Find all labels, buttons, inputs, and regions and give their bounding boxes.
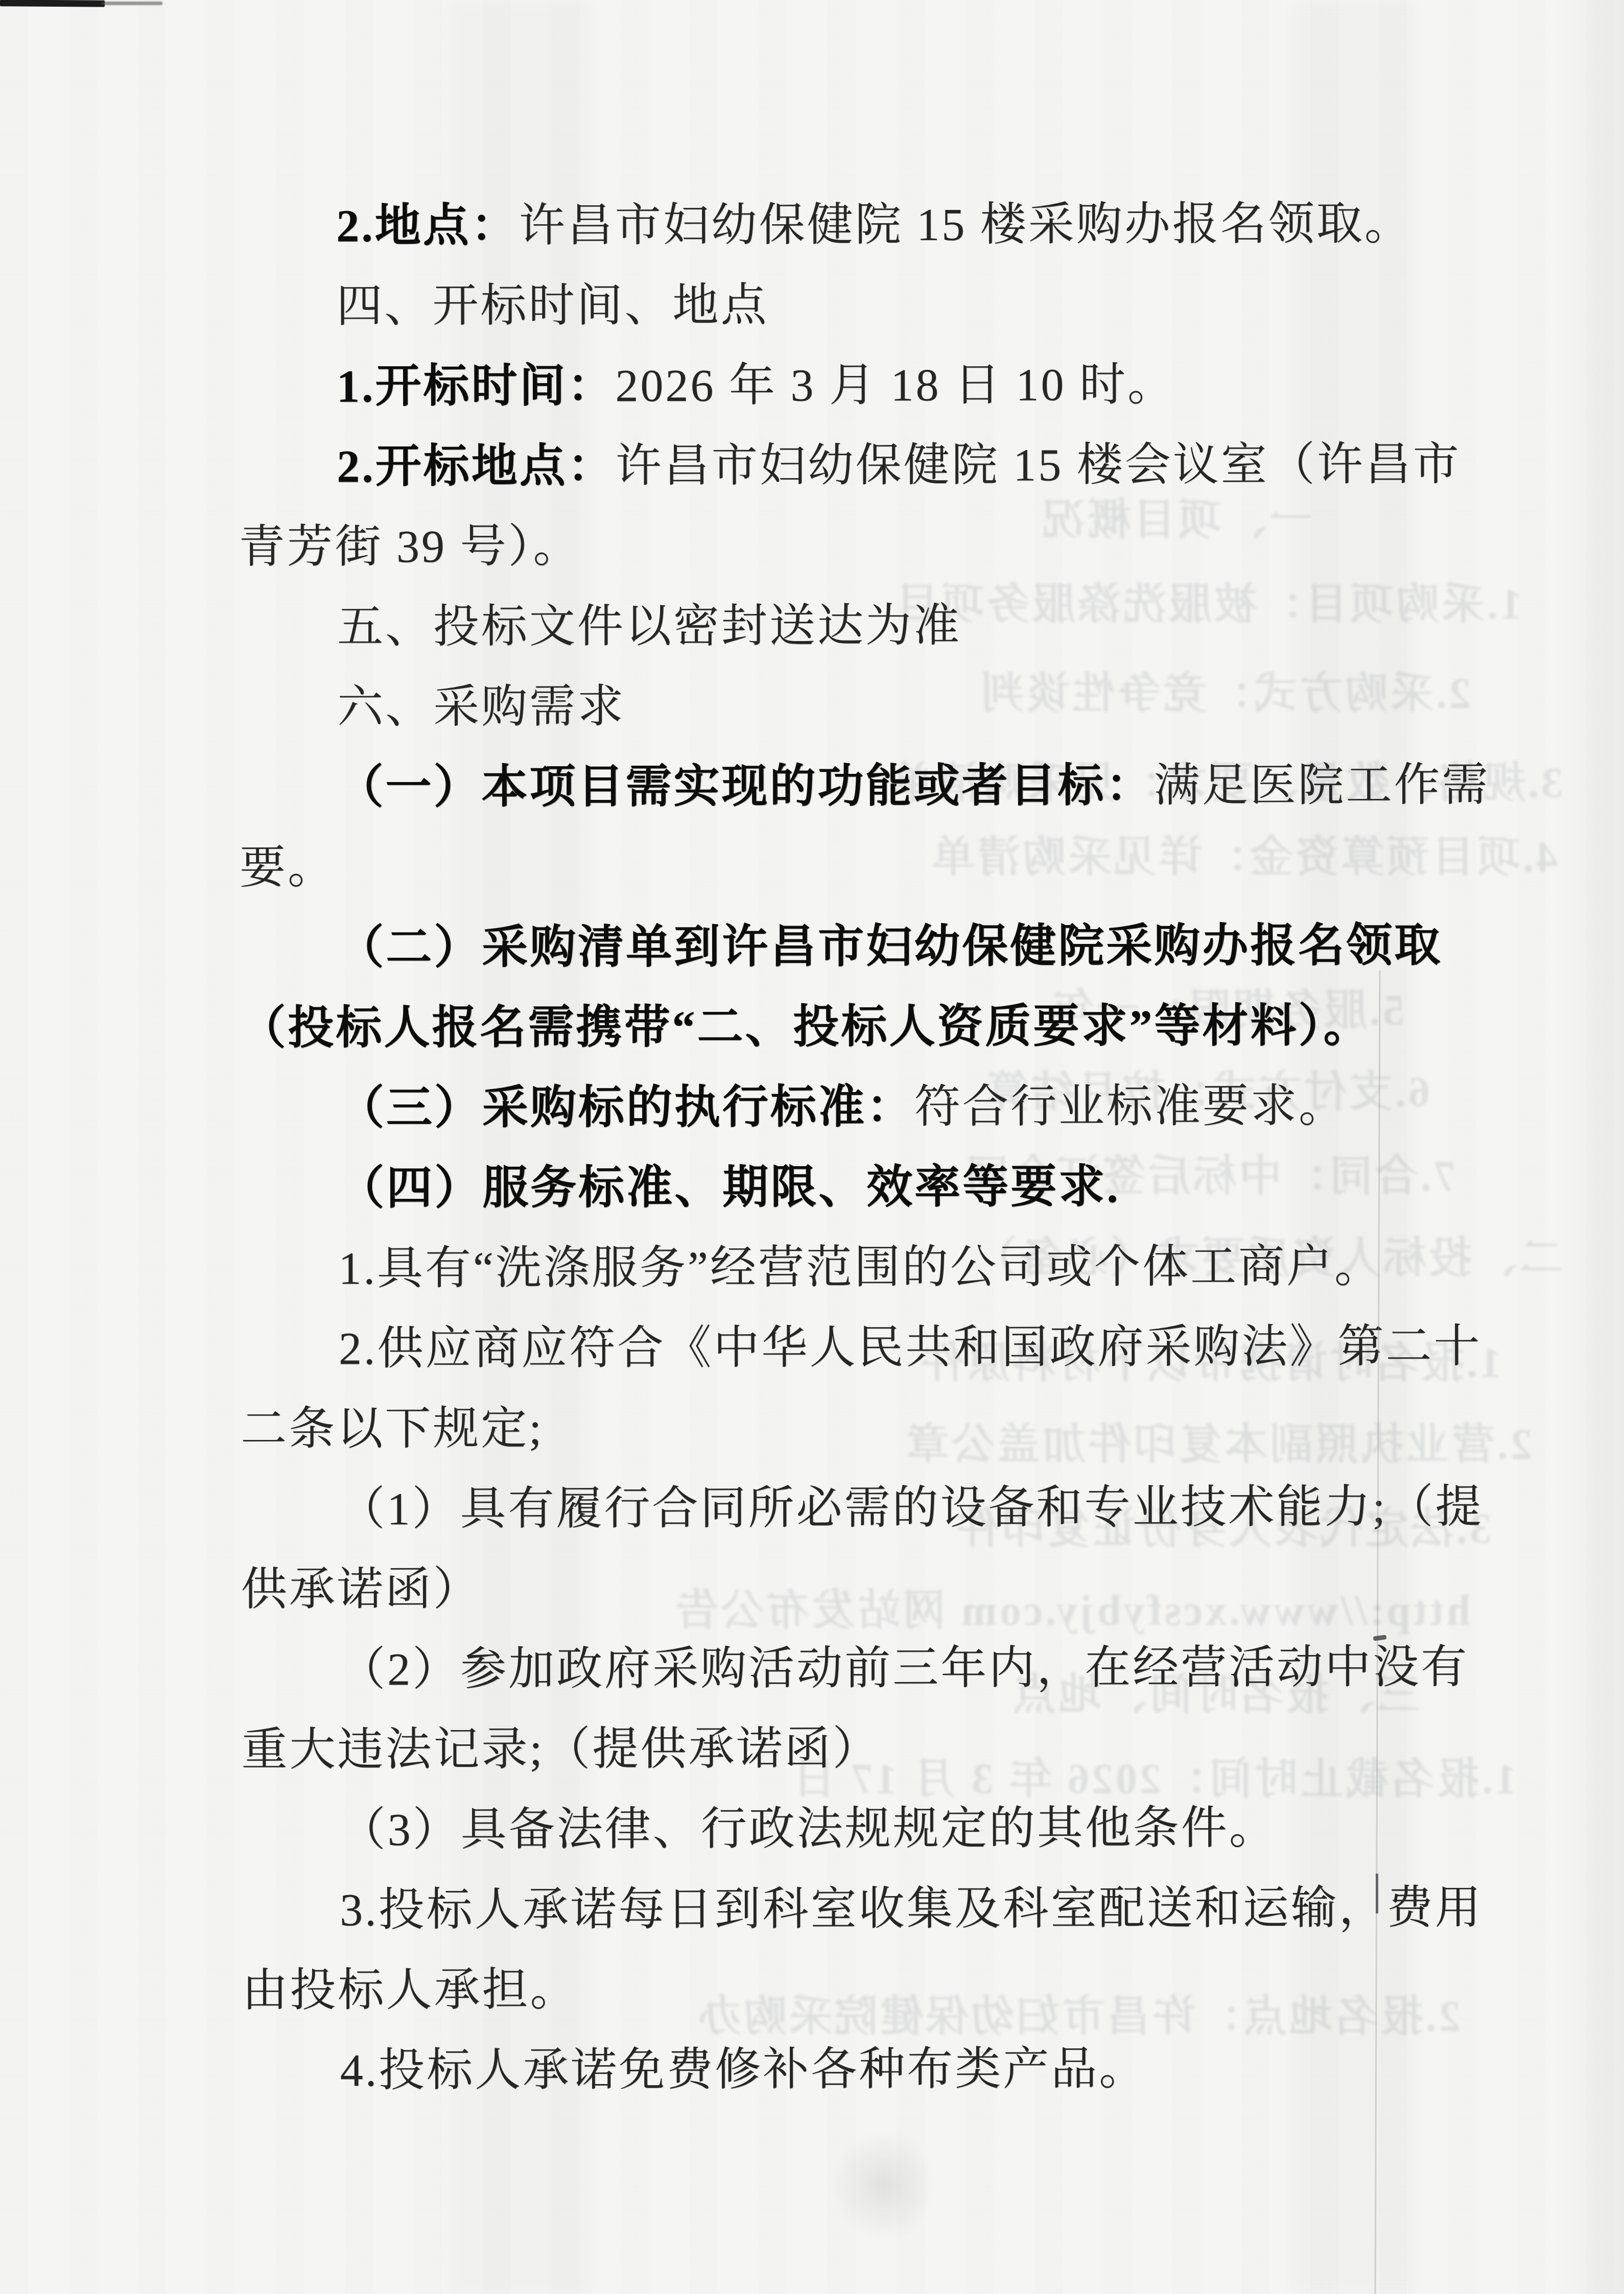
doc-line: 3.投标人承诺每日到科室收集及科室配送和运输，费用 xyxy=(242,1867,1595,1951)
doc-text-segment: （投标人报名需携带“二、投标人资质要求”等材料）。 xyxy=(240,1001,1371,1054)
doc-line: 1.开标时间：2026 年 3 月 18 日 10 时。 xyxy=(239,344,1592,427)
bottom-smudge xyxy=(833,2130,935,2240)
doc-line: 六、采购需求 xyxy=(239,665,1592,748)
doc-line: （1）具有履行合同所必需的设备和专业技术能力;（提 xyxy=(241,1467,1594,1550)
doc-line: 青芳街 39 号）。 xyxy=(239,504,1592,587)
doc-text-segment: （一）本项目需实现的功能或者目标： xyxy=(337,761,1154,813)
doc-line: 2.供应商应符合《中华人民共和国政府采购法》第二十 xyxy=(241,1306,1594,1389)
doc-line: 五、投标文件以密封送达为准 xyxy=(239,584,1592,668)
doc-text-segment: （四）服务标准、期限、效率等要求. xyxy=(338,1162,1120,1214)
doc-text-segment: 满足医院工作需 xyxy=(1154,760,1490,811)
doc-text-segment: 许昌市妇幼保健院 15 楼会议室（许昌市 xyxy=(616,439,1461,491)
doc-text-segment: 2026 年 3 月 18 日 10 时。 xyxy=(615,360,1175,411)
doc-text-segment: 4.投标人承诺免费修补各种布类产品。 xyxy=(340,2044,1147,2096)
doc-line: 2.开标地点：许昌市妇幼保健院 15 楼会议室（许昌市 xyxy=(239,424,1592,507)
doc-text-segment: 供承诺函） xyxy=(241,1564,481,1615)
scan-mark-top-left xyxy=(0,0,105,7)
scanned-document-page: 一、项目概况1.采购项目：被服洗涤服务项目2.采购方式：竞争性谈判3.规格、数量… xyxy=(0,0,1624,2294)
doc-text-segment: 2.开标地点： xyxy=(337,441,616,492)
doc-text-segment: （三）采购标的执行标准： xyxy=(338,1082,914,1133)
doc-line: 四、开标时间、地点 xyxy=(238,264,1591,347)
doc-line: 供承诺函） xyxy=(241,1547,1594,1630)
doc-line: 由投标人承担。 xyxy=(242,1948,1595,2031)
doc-line: 重大违法记录;（提供承诺函） xyxy=(241,1707,1594,1790)
doc-text-segment: 1.具有“洗涤服务”经营范围的公司或个体工商户。 xyxy=(338,1241,1382,1294)
doc-line: 1.具有“洗涤服务”经营范围的公司或个体工商户。 xyxy=(240,1226,1593,1309)
document-body: 2.地点：许昌市妇幼保健院 15 楼采购办报名领取。四、开标时间、地点1.开标时… xyxy=(238,183,1595,2111)
doc-line: 二条以下规定; xyxy=(241,1386,1594,1470)
doc-text-segment: 四、开标时间、地点 xyxy=(336,280,768,332)
doc-line: 要。 xyxy=(240,825,1593,908)
doc-line: （2）参加政府采购活动前三年内，在经营活动中没有 xyxy=(241,1627,1594,1710)
doc-line: 4.投标人承诺免费修补各种布类产品。 xyxy=(242,2028,1595,2111)
doc-text-segment: 重大违法记录;（提供承诺函） xyxy=(241,1723,880,1776)
doc-text-segment: （1）具有履行合同所必需的设备和专业技术能力;（提 xyxy=(339,1482,1483,1535)
doc-text-segment: 青芳街 39 号）。 xyxy=(239,521,581,572)
doc-text-segment: 3.投标人承诺每日到科室收集及科室配送和运输，费用 xyxy=(340,1883,1483,1936)
doc-line: 2.地点：许昌市妇幼保健院 15 楼采购办报名领取。 xyxy=(238,183,1591,267)
doc-text-segment: 许昌市妇幼保健院 15 楼采购办报名领取。 xyxy=(519,199,1413,251)
doc-line: （二）采购清单到许昌市妇幼保健院采购办报名领取 xyxy=(240,905,1593,988)
doc-text-segment: 要。 xyxy=(240,842,336,893)
doc-line: （3）具备法律、行政法规规定的其他条件。 xyxy=(242,1787,1595,1871)
doc-text-segment: 由投标人承担。 xyxy=(242,1965,578,2016)
doc-text-segment: 1.开标时间： xyxy=(337,361,616,412)
doc-text-segment: 二条以下规定; xyxy=(241,1404,544,1455)
doc-text-segment: 2.供应商应符合《中华人民共和国政府采购法》第二十 xyxy=(339,1321,1482,1375)
doc-text-segment: （二）采购清单到许昌市妇幼保健院采购办报名领取 xyxy=(338,920,1442,974)
scan-mark-top-left-tail xyxy=(101,2,162,5)
doc-text-segment: （2）参加政府采购活动前三年内，在经营活动中没有 xyxy=(339,1642,1469,1695)
doc-text-segment: （3）具备法律、行政法规规定的其他条件。 xyxy=(340,1803,1277,1856)
doc-line: （一）本项目需实现的功能或者目标：满足医院工作需 xyxy=(239,745,1592,828)
doc-text-segment: 六、采购需求 xyxy=(337,681,625,732)
doc-text-segment: 符合行业标准要求。 xyxy=(914,1081,1347,1132)
doc-line: （四）服务标准、期限、效率等要求. xyxy=(240,1146,1593,1229)
doc-line: （投标人报名需携带“二、投标人资质要求”等材料）。 xyxy=(240,985,1593,1069)
doc-line: （三）采购标的执行标准：符合行业标准要求。 xyxy=(240,1066,1593,1149)
doc-text-segment: 五、投标文件以密封送达为准 xyxy=(337,601,961,653)
doc-text-segment: 2.地点： xyxy=(336,201,519,252)
